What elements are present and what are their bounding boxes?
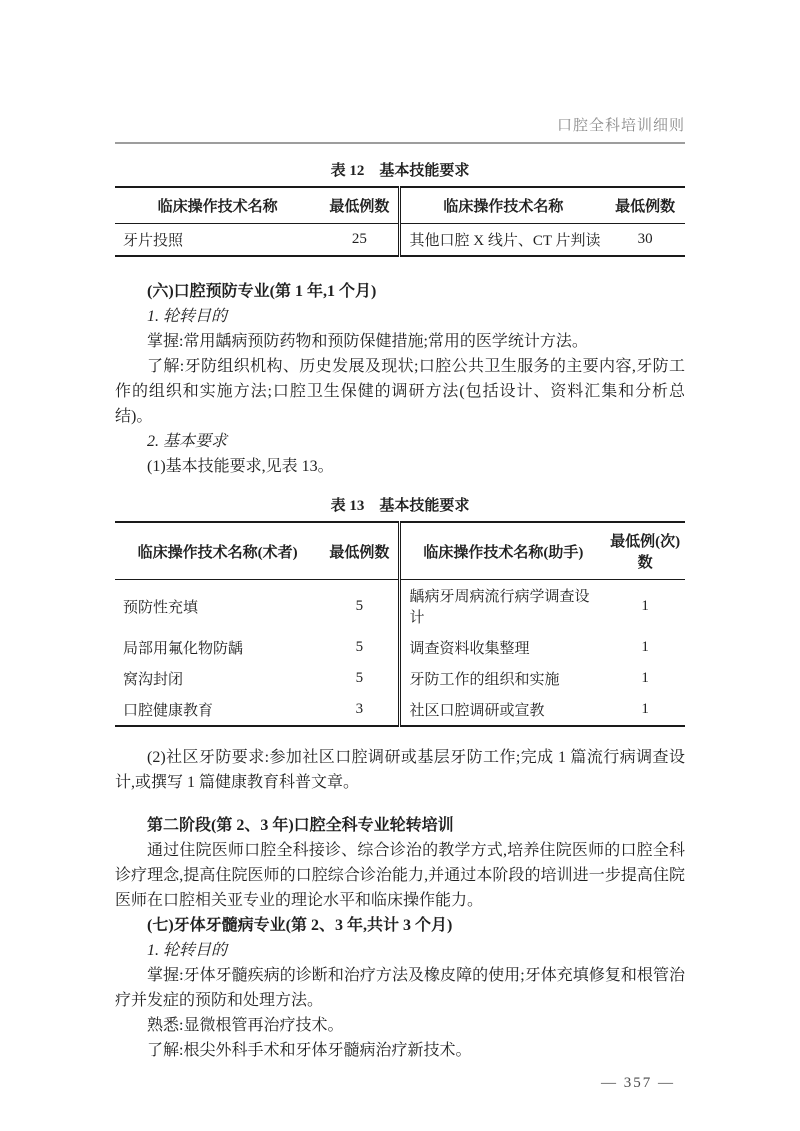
page-number: — 357 —: [115, 1075, 685, 1092]
min-cases-cell: 1: [605, 663, 685, 694]
section-heading: (六)口腔预防专业(第 1 年,1 个月): [115, 279, 685, 304]
table12-caption: 表 12 基本技能要求: [115, 159, 685, 180]
table-row: 窝沟封闭 5 牙防工作的组织和实施 1: [115, 663, 685, 694]
procedure-name-cell: 调查资料收集整理: [400, 632, 605, 663]
stage2-section: 第二阶段(第 2、3 年)口腔全科专业轮转培训 通过住院医师口腔全科接诊、综合诊…: [115, 813, 685, 913]
min-cases-cell: 1: [605, 580, 685, 633]
column-header-min-times: 最低例(次)数: [605, 522, 685, 580]
min-cases-cell: 25: [320, 224, 400, 257]
table13-header-row: 临床操作技术名称(术者) 最低例数 临床操作技术名称(助手) 最低例(次)数: [115, 522, 685, 580]
min-cases-cell: 1: [605, 632, 685, 663]
stage2-intro: 通过住院医师口腔全科接诊、综合诊治的教学方式,培养住院医师的口腔全科诊疗理念,提…: [115, 838, 685, 913]
rotation-goal-heading: 1. 轮转目的: [115, 304, 685, 329]
min-cases-cell: 30: [605, 224, 685, 257]
min-cases-cell: 3: [320, 694, 400, 726]
table12: 临床操作技术名称 最低例数 临床操作技术名称 最低例数 牙片投照 25 其他口腔…: [115, 186, 685, 257]
document-page: 口腔全科培训细则 表 12 基本技能要求 临床操作技术名称 最低例数 临床操作技…: [115, 0, 685, 1092]
column-header-min-cases: 最低例数: [605, 187, 685, 224]
paragraph-req1: (1)基本技能要求,见表 13。: [115, 454, 685, 479]
procedure-name-cell: 社区口腔调研或宣教: [400, 694, 605, 726]
table-row: 口腔健康教育 3 社区口腔调研或宣教 1: [115, 694, 685, 726]
paragraph-master: 掌握:常用龋病预防药物和预防保健措施;常用的医学统计方法。: [115, 329, 685, 354]
table-row: 牙片投照 25 其他口腔 X 线片、CT 片判读 30: [115, 224, 685, 257]
column-header-procedure: 临床操作技术名称: [115, 187, 320, 224]
procedure-name-cell: 龋病牙周病流行病学调查设计: [400, 580, 605, 633]
running-title: 口腔全科培训细则: [557, 118, 685, 134]
table-row: 预防性充填 5 龋病牙周病流行病学调查设计 1: [115, 580, 685, 633]
section-heading: (七)牙体牙髓病专业(第 2、3 年,共计 3 个月): [115, 913, 685, 938]
min-cases-cell: 5: [320, 663, 400, 694]
page-header: 口腔全科培训细则: [115, 114, 685, 144]
column-header-procedure: 临床操作技术名称: [400, 187, 605, 224]
basic-req-heading: 2. 基本要求: [115, 429, 685, 454]
column-header-min-cases: 最低例数: [320, 522, 400, 580]
paragraph-req2: (2)社区牙防要求:参加社区口腔调研或基层牙防工作;完成 1 篇流行病调查设计,…: [115, 745, 685, 795]
table-row: 局部用氟化物防龋 5 调查资料收集整理 1: [115, 632, 685, 663]
prevention-section: (六)口腔预防专业(第 1 年,1 个月) 1. 轮转目的 掌握:常用龋病预防药…: [115, 279, 685, 479]
procedure-name-cell: 牙防工作的组织和实施: [400, 663, 605, 694]
min-cases-cell: 5: [320, 580, 400, 633]
stage2-heading: 第二阶段(第 2、3 年)口腔全科专业轮转培训: [115, 813, 685, 838]
min-cases-cell: 5: [320, 632, 400, 663]
column-header-assistant: 临床操作技术名称(助手): [400, 522, 605, 580]
procedure-name-cell: 预防性充填: [115, 580, 320, 633]
community-req-block: (2)社区牙防要求:参加社区口腔调研或基层牙防工作;完成 1 篇流行病调查设计,…: [115, 745, 685, 795]
paragraph-familiar: 熟悉:显微根管再治疗技术。: [115, 1013, 685, 1038]
table12-header-row: 临床操作技术名称 最低例数 临床操作技术名称 最低例数: [115, 187, 685, 224]
endo-section: (七)牙体牙髓病专业(第 2、3 年,共计 3 个月) 1. 轮转目的 掌握:牙…: [115, 913, 685, 1063]
table13-caption: 表 13 基本技能要求: [115, 494, 685, 515]
column-header-min-cases: 最低例数: [320, 187, 400, 224]
paragraph-understand: 了解:根尖外科手术和牙体牙髓病治疗新技术。: [115, 1038, 685, 1063]
procedure-name-cell: 其他口腔 X 线片、CT 片判读: [400, 224, 605, 257]
table13: 临床操作技术名称(术者) 最低例数 临床操作技术名称(助手) 最低例(次)数 预…: [115, 521, 685, 727]
column-header-operator: 临床操作技术名称(术者): [115, 522, 320, 580]
rotation-goal-heading: 1. 轮转目的: [115, 938, 685, 963]
procedure-name-cell: 窝沟封闭: [115, 663, 320, 694]
procedure-name-cell: 牙片投照: [115, 224, 320, 257]
procedure-name-cell: 口腔健康教育: [115, 694, 320, 726]
min-cases-cell: 1: [605, 694, 685, 726]
paragraph-master: 掌握:牙体牙髓疾病的诊断和治疗方法及橡皮障的使用;牙体充填修复和根管治疗并发症的…: [115, 963, 685, 1013]
paragraph-understand: 了解:牙防组织机构、历史发展及现状;口腔公共卫生服务的主要内容,牙防工作的组织和…: [115, 354, 685, 429]
procedure-name-cell: 局部用氟化物防龋: [115, 632, 320, 663]
